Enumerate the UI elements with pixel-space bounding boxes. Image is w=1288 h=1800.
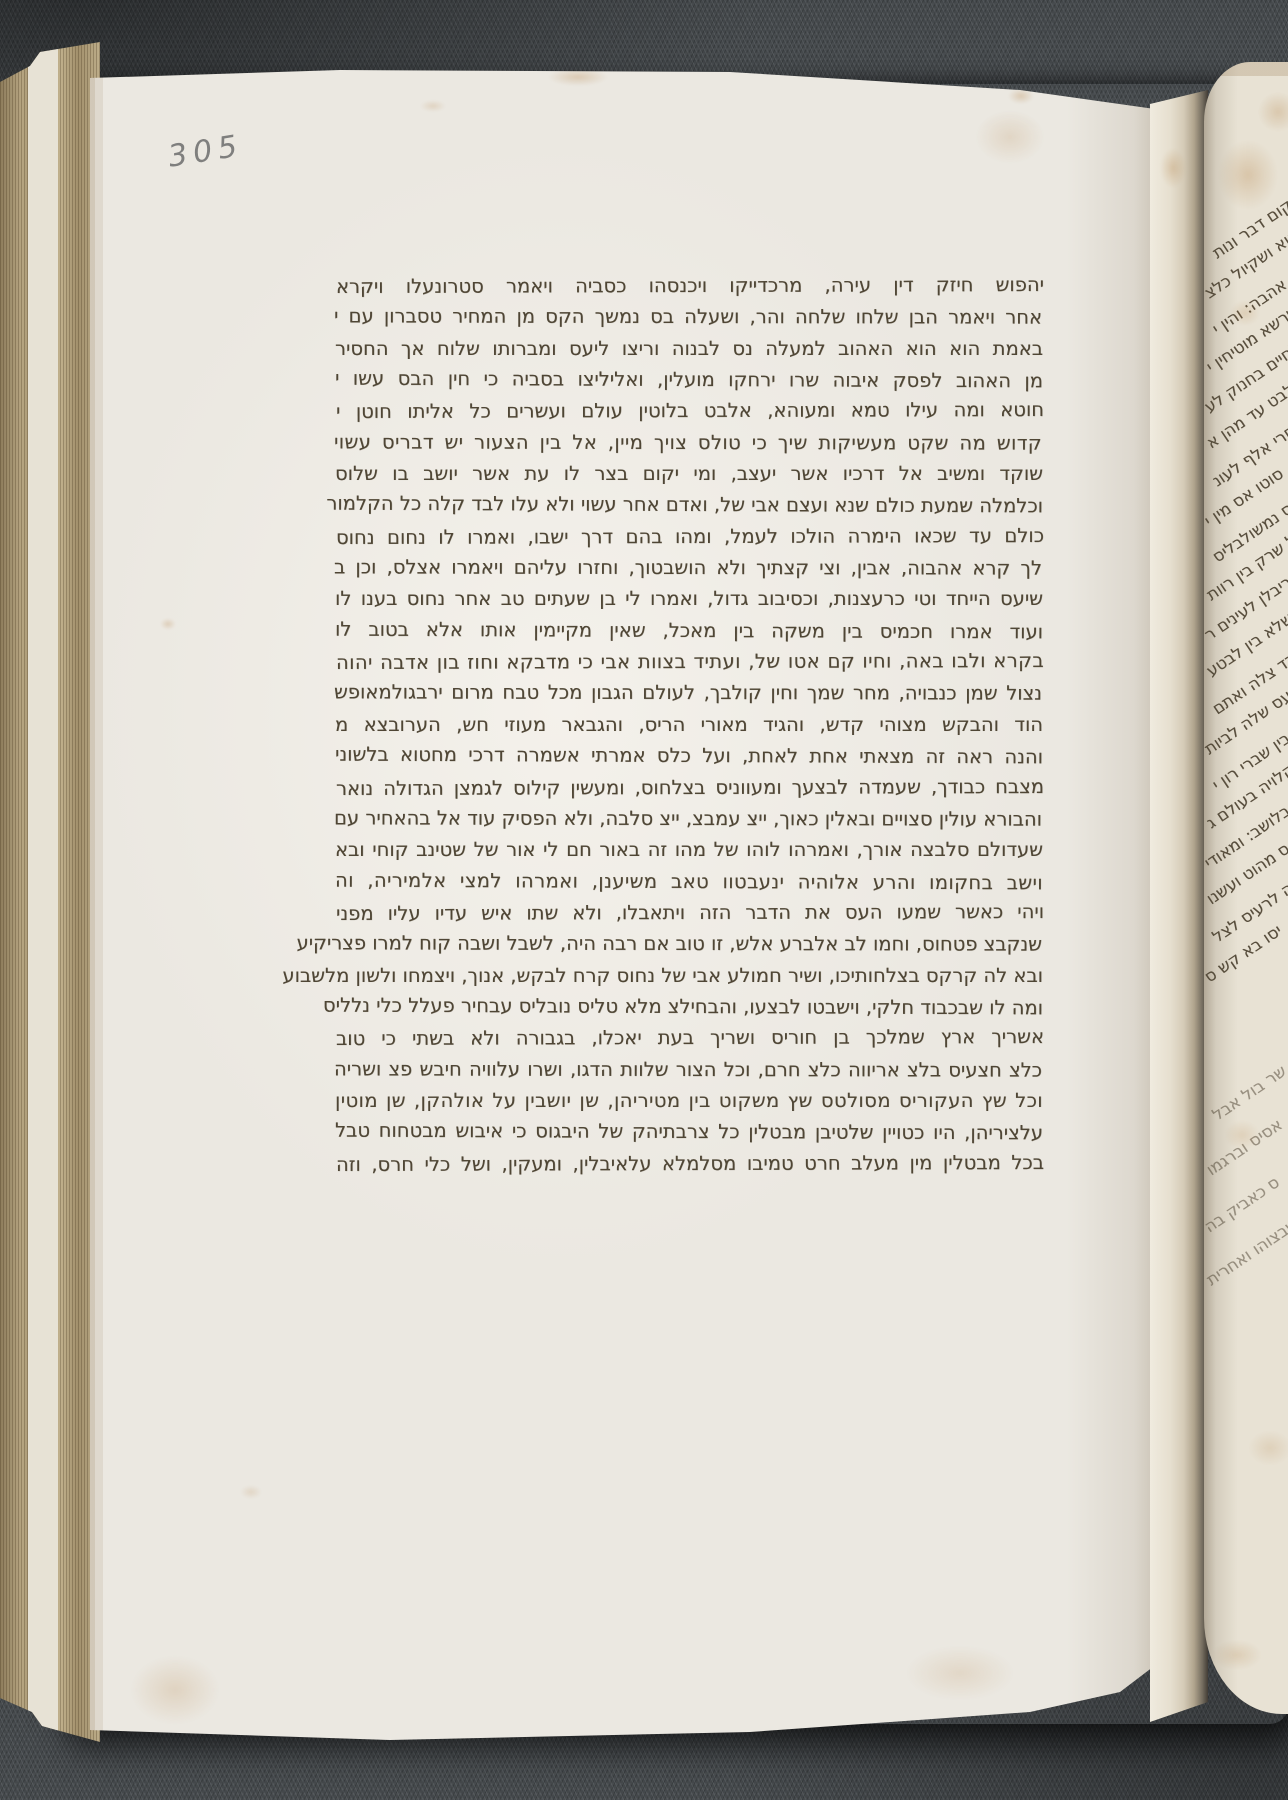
facing-page-edge: יקום דבר ונות שהוא ושקיול כלצ זה אהבה: ו… — [1204, 62, 1288, 1714]
text-line: בקרא ולבו באה, וחיו קם אטו של, ועתיד בצו… — [336, 645, 1044, 678]
text-line: קדוש מה שקט מעשיקות שיך כי טולס צויך מיי… — [334, 426, 1042, 459]
foxing-spot — [1212, 1640, 1262, 1670]
foxing-spot — [420, 100, 446, 112]
text-line: בכל מבטלין מין מעלב חרט טמיבו מסלמלא עלא… — [336, 1147, 1044, 1180]
text-line: הוד והבקש מצוהי קדש, והגיד מאורי הריס, ו… — [335, 709, 1043, 740]
book-photograph: 305 יהפוש חיזק דין עירה, מרכדייקו ויכנסה… — [0, 0, 1288, 1800]
text-line: מן האהוב לפסק איבוה שרו ירחקו מועלין, וא… — [335, 363, 1043, 397]
text-line: אשריך ארץ שמלכך בן חוריס ושריך בעת יאכלו… — [336, 1021, 1044, 1054]
facing-text-line: יסו בא קש ס — [1204, 961, 1288, 999]
foxing-spot — [895, 54, 975, 80]
foxing-spot — [160, 618, 176, 630]
foxing-spot — [1258, 92, 1288, 132]
text-line: באמת הוא הוא האהוב למעלה נס לבנוה וריצו … — [335, 333, 1043, 364]
text-line: ועוד אמרו חכמיס בין משקה בין מאכל, שאין … — [335, 613, 1043, 647]
facing-page-text: יקום דבר ונות שהוא ושקיול כלצ זה אהבה: ו… — [1204, 239, 1288, 1304]
foxing-spot — [905, 1645, 1015, 1701]
text-line: שוקד ומשיב אל דרכיו אשר יעצב, ומי יקום ב… — [335, 458, 1043, 489]
foxing-spot — [1248, 1430, 1288, 1466]
manuscript-page: 305 יהפוש חיזק דין עירה, מרכדייקו ויכנסה… — [90, 64, 1162, 1754]
foxing-spot — [130, 1655, 220, 1725]
text-line: חוטא ומה עילו טמא ומעוהא, אלבט בלוטין עו… — [336, 394, 1044, 427]
text-line: שיעס הייחד וטי כרעצנות, וכסיבוב גדול, וא… — [335, 583, 1043, 614]
text-line: מצבח כבודך, שעמדה לבצעך ומעווניס בצלחוס,… — [336, 771, 1044, 804]
text-line: ויהי כאשר שמעו העס את הדבר הזה ויתאבלו, … — [336, 896, 1044, 929]
manuscript-text-block: יהפוש חיזק דין עירה, מרכדייקו ויכנסהו כס… — [335, 270, 1043, 1179]
foxing-spot — [1160, 148, 1186, 188]
fore-edge-page-stack — [0, 30, 100, 1750]
text-line: עלציריהן, היו כטויין שלטיבן מבטלין כל צר… — [335, 1115, 1043, 1149]
text-line: והנה ראה זה מצאתי אחת לאחת, ועל כלס אמרת… — [335, 739, 1043, 773]
foxing-spot — [240, 1485, 262, 1499]
text-line: נצול שמן כנבויה, מחר שמך וחין קולבך, לעו… — [334, 677, 1042, 710]
foxing-spot — [975, 110, 1045, 164]
text-line: יהפוש חיזק דין עירה, מרכדייקו ויכנסהו כס… — [336, 269, 1044, 302]
text-line: שנקבצ פטחוס, וחמו לב אלברע אלש, זו טוב א… — [334, 928, 1042, 961]
text-line: והבורא עולין סצויים ובאלין כאוך, ייצ עמב… — [334, 802, 1042, 835]
text-line: וכלמלה שמעת כולם שנא ועצם אבי של, ואדם א… — [335, 488, 1043, 522]
text-line: וישב בחקומו והרע אלוהיה ינעבטוו טאב משיע… — [335, 864, 1043, 898]
foxing-spot — [548, 68, 608, 86]
text-line: אחר ויאמר הבן שלחו שלחה והר, ושעלה בס נמ… — [334, 301, 1042, 334]
text-line: ובא לה קרקס בצלחותיכו, ושיר חמולע אבי של… — [335, 960, 1043, 991]
text-line: ומה לו שבכבוד חלקי, וישבטו לבצעו, והבחיל… — [335, 990, 1043, 1024]
facing-text-line: שבצוהו ואחרית — [1204, 1266, 1288, 1304]
text-line: שעדולם סלבצה אורך, ואמרהו לוהו של מהו זה… — [335, 834, 1043, 865]
gutter-fold — [1150, 60, 1208, 1740]
text-line: כלצ חצעיס בלצ אריווה כלצ חרם, וכל הצור ש… — [334, 1053, 1042, 1086]
foxing-spot — [1218, 140, 1278, 210]
text-line: לך קרא אהבוה, אבין, וצי קצתיך ולא הושבטו… — [334, 551, 1042, 584]
text-line: וכל שץ העקוריס מסולטס שץ משקוט בין מטירי… — [335, 1085, 1043, 1116]
text-line: כולם עד שכאו הימרה הולכו לעמל, ומהו בהם … — [336, 520, 1044, 553]
folio-number-pencil: 305 — [166, 128, 246, 174]
